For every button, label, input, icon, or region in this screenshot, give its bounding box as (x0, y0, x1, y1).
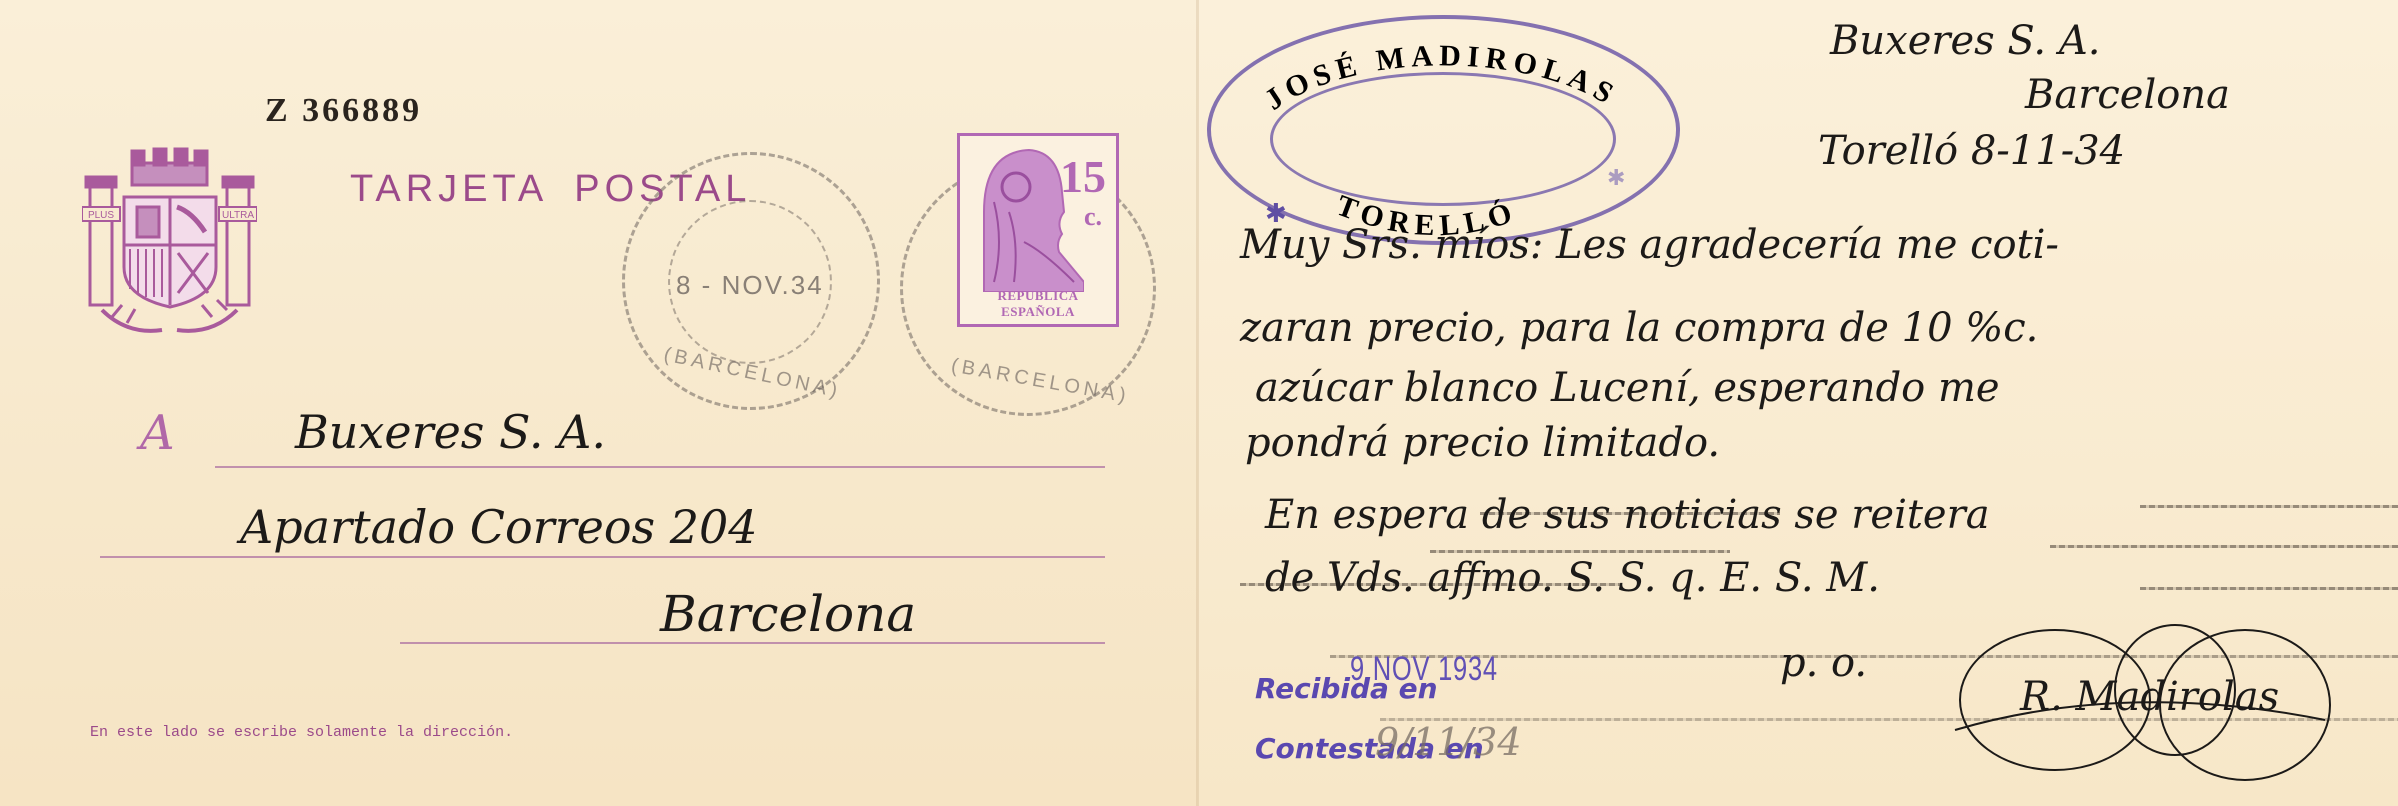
card-title-word1: TARJETA (350, 168, 548, 210)
company-stamp-name: JOSÉ MADIROLAS (1259, 39, 1624, 116)
received-date: 9 NOV 1934 (1350, 650, 1498, 689)
stamp-caption: REPUBLICA ESPAÑOLA (960, 288, 1116, 320)
body-line-4: pondrá precio limitado. (1245, 420, 1720, 466)
body-line-5: En espera de sus noticias se reitera (1265, 492, 1990, 538)
address-rule-1 (215, 466, 1105, 468)
signature-flourish-icon: R. Madirolas (1925, 620, 2355, 790)
signoff: p. o. (1780, 640, 1867, 686)
ledger-line-1b (2140, 505, 2398, 508)
signature-text: R. Madirolas (2019, 674, 2279, 720)
address-rule-3 (400, 642, 1105, 644)
body-line-3: azúcar blanco Lucení, esperando me (1255, 365, 2000, 411)
coat-of-arms-icon: PLUS ULTRA (82, 145, 257, 335)
body-line-1: Muy Srs. míos: Les agradecería me coti- (1240, 222, 2059, 268)
serial-number: Z 366889 (265, 92, 422, 130)
flower-ornament-icon-2: ✱ (1607, 165, 1625, 190)
postmark-1-date: 8 - NOV.34 (676, 270, 824, 301)
body-line-2: zaran precio, para la compra de 10 %c. (1240, 305, 2038, 351)
stamp-value: 15 (1060, 154, 1106, 200)
place-date: Torelló 8-11-34 (1818, 128, 2125, 174)
scan-seam (1196, 0, 1199, 806)
address-line-2: Apartado Correos 204 (240, 500, 758, 554)
ledger-line-2 (1430, 550, 1730, 553)
address-prefix: A (140, 405, 175, 461)
postage-stamp: 15 c. REPUBLICA ESPAÑOLA (957, 133, 1119, 327)
body-line-6: de Vds. affmo. S. S. q. E. S. M. (1265, 555, 1880, 601)
motto-ultra: ULTRA (222, 210, 254, 221)
footer-note: En este lado se escribe solamente la dir… (90, 724, 513, 741)
address-line-3: Barcelona (660, 585, 916, 643)
address-rule-2 (100, 556, 1105, 558)
answered-date: 9/11/34 (1375, 720, 1522, 764)
stamp-unit: c. (1084, 202, 1102, 232)
recipient-line-1: Buxeres S. A. (1830, 18, 2100, 64)
motto-plus: PLUS (88, 210, 114, 221)
ledger-line-2b (2050, 545, 2398, 548)
company-stamp-text: JOSÉ MADIROLAS TORELLÓ ✱ ✱ (1207, 15, 1677, 245)
ledger-line-3b (2140, 587, 2398, 590)
recipient-line-2: Barcelona (2025, 72, 2230, 118)
svg-text:JOSÉ MADIROLAS: JOSÉ MADIROLAS (1259, 39, 1624, 116)
address-line-1: Buxeres S. A. (295, 405, 606, 459)
